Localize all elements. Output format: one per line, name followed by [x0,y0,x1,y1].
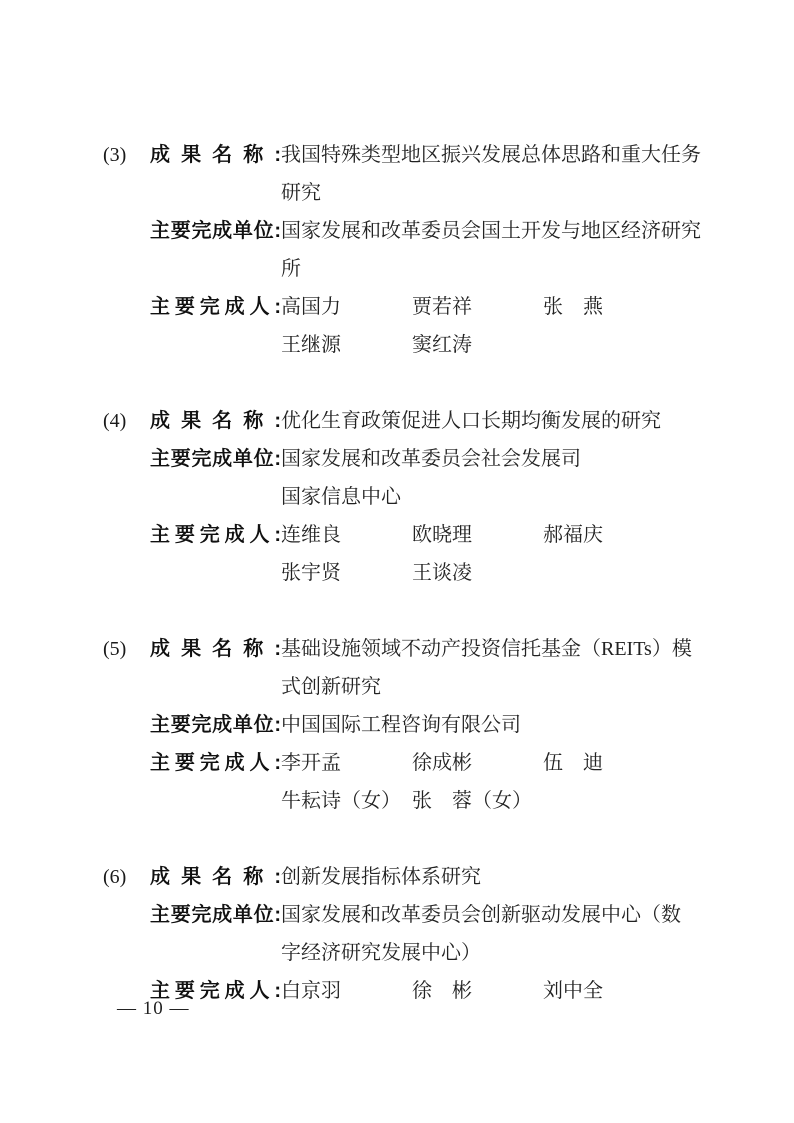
achievement-item-3: (3) 成果名称: 我国特殊类型地区振兴发展总体思路和重大任务 研究 主要完成单… [103,136,723,364]
item-line: 王继源 窦红涛 [103,326,723,364]
item-number: (3) [103,136,150,174]
result-title-line: 式创新研究 [281,668,723,706]
person-name: 贾若祥 [412,288,543,326]
person-name: 牛耘诗（女） [281,782,412,820]
item-line: 主要完成人: 高国力 贾若祥 张 燕 [103,288,723,326]
person-name: 王继源 [281,326,412,364]
item-number: (4) [103,402,150,440]
item-line: 主要完成单位: 国家发展和改革委员会创新驱动发展中心（数 [103,896,723,934]
person-name: 李开孟 [281,744,412,782]
achievement-item-5: (5) 成果名称: 基础设施领域不动产投资信托基金（REITs）模 式创新研究 … [103,630,723,820]
item-line: 主要完成人: 李开孟 徐成彬 伍 迪 [103,744,723,782]
person-name: 高国力 [281,288,412,326]
achievement-item-4: (4) 成果名称: 优化生育政策促进人口长期均衡发展的研究 主要完成单位: 国家… [103,402,723,592]
result-name-label: 成果名称: [150,858,281,896]
item-number: (6) [103,858,150,896]
item-line: 所 [103,250,723,288]
result-title-line: 基础设施领域不动产投资信托基金（REITs）模 [281,630,723,668]
item-line: 牛耘诗（女） 张 蓉（女） [103,782,723,820]
names-row: 白京羽 徐 彬 刘中全 [281,972,723,1010]
item-line: 字经济研究发展中心） [103,934,723,972]
names-row: 李开孟 徐成彬 伍 迪 [281,744,723,782]
names-row: 张宇贤 王谈凌 [281,554,723,592]
item-line: (3) 成果名称: 我国特殊类型地区振兴发展总体思路和重大任务 [103,136,723,174]
main-unit-label: 主要完成单位: [150,706,281,744]
person-name: 窦红涛 [412,326,543,364]
main-person-label: 主要完成人: [150,744,281,782]
person-name: 张 燕 [543,288,674,326]
person-name: 王谈凌 [412,554,543,592]
result-name-label: 成果名称: [150,402,281,440]
document-page: (3) 成果名称: 我国特殊类型地区振兴发展总体思路和重大任务 研究 主要完成单… [0,0,794,1123]
names-row: 牛耘诗（女） 张 蓉（女） [281,782,723,820]
names-row: 王继源 窦红涛 [281,326,723,364]
person-name: 伍 迪 [543,744,674,782]
main-unit-label: 主要完成单位: [150,212,281,250]
item-line: 式创新研究 [103,668,723,706]
item-line: 主要完成单位: 国家发展和改革委员会社会发展司 [103,440,723,478]
item-line: (4) 成果名称: 优化生育政策促进人口长期均衡发展的研究 [103,402,723,440]
unit-line: 国家信息中心 [281,478,723,516]
person-name: 张 蓉（女） [412,782,543,820]
result-title-line: 优化生育政策促进人口长期均衡发展的研究 [281,402,723,440]
main-unit-label: 主要完成单位: [150,896,281,934]
result-title-line: 创新发展指标体系研究 [281,858,723,896]
item-line: 研究 [103,174,723,212]
person-name: 欧晓理 [412,516,543,554]
person-name: 刘中全 [543,972,674,1010]
names-row: 高国力 贾若祥 张 燕 [281,288,723,326]
main-person-label: 主要完成人: [150,516,281,554]
unit-line: 国家发展和改革委员会社会发展司 [281,440,723,478]
names-row: 连维良 欧晓理 郝福庆 [281,516,723,554]
unit-line: 中国国际工程咨询有限公司 [281,706,723,744]
document-body: (3) 成果名称: 我国特殊类型地区振兴发展总体思路和重大任务 研究 主要完成单… [103,136,723,1048]
item-line: 主要完成单位: 国家发展和改革委员会国土开发与地区经济研究 [103,212,723,250]
item-line: 张宇贤 王谈凌 [103,554,723,592]
person-name: 徐 彬 [412,972,543,1010]
unit-line: 所 [281,250,723,288]
person-name: 徐成彬 [412,744,543,782]
result-title-line: 我国特殊类型地区振兴发展总体思路和重大任务 [281,136,723,174]
unit-line: 字经济研究发展中心） [281,934,723,972]
main-person-label: 主要完成人: [150,288,281,326]
main-unit-label: 主要完成单位: [150,440,281,478]
item-line: (6) 成果名称: 创新发展指标体系研究 [103,858,723,896]
item-line: 主要完成人: 连维良 欧晓理 郝福庆 [103,516,723,554]
unit-line: 国家发展和改革委员会创新驱动发展中心（数 [281,896,723,934]
item-line: 主要完成单位: 中国国际工程咨询有限公司 [103,706,723,744]
result-title-line: 研究 [281,174,723,212]
person-name: 白京羽 [281,972,412,1010]
item-line: 主要完成人: 白京羽 徐 彬 刘中全 [103,972,723,1010]
unit-line: 国家发展和改革委员会国土开发与地区经济研究 [281,212,723,250]
item-line: 国家信息中心 [103,478,723,516]
item-line: (5) 成果名称: 基础设施领域不动产投资信托基金（REITs）模 [103,630,723,668]
result-name-label: 成果名称: [150,136,281,174]
page-number: — 10 — [117,998,190,1020]
item-number: (5) [103,630,150,668]
achievement-item-6: (6) 成果名称: 创新发展指标体系研究 主要完成单位: 国家发展和改革委员会创… [103,858,723,1010]
person-name: 连维良 [281,516,412,554]
result-name-label: 成果名称: [150,630,281,668]
person-name: 张宇贤 [281,554,412,592]
person-name: 郝福庆 [543,516,674,554]
